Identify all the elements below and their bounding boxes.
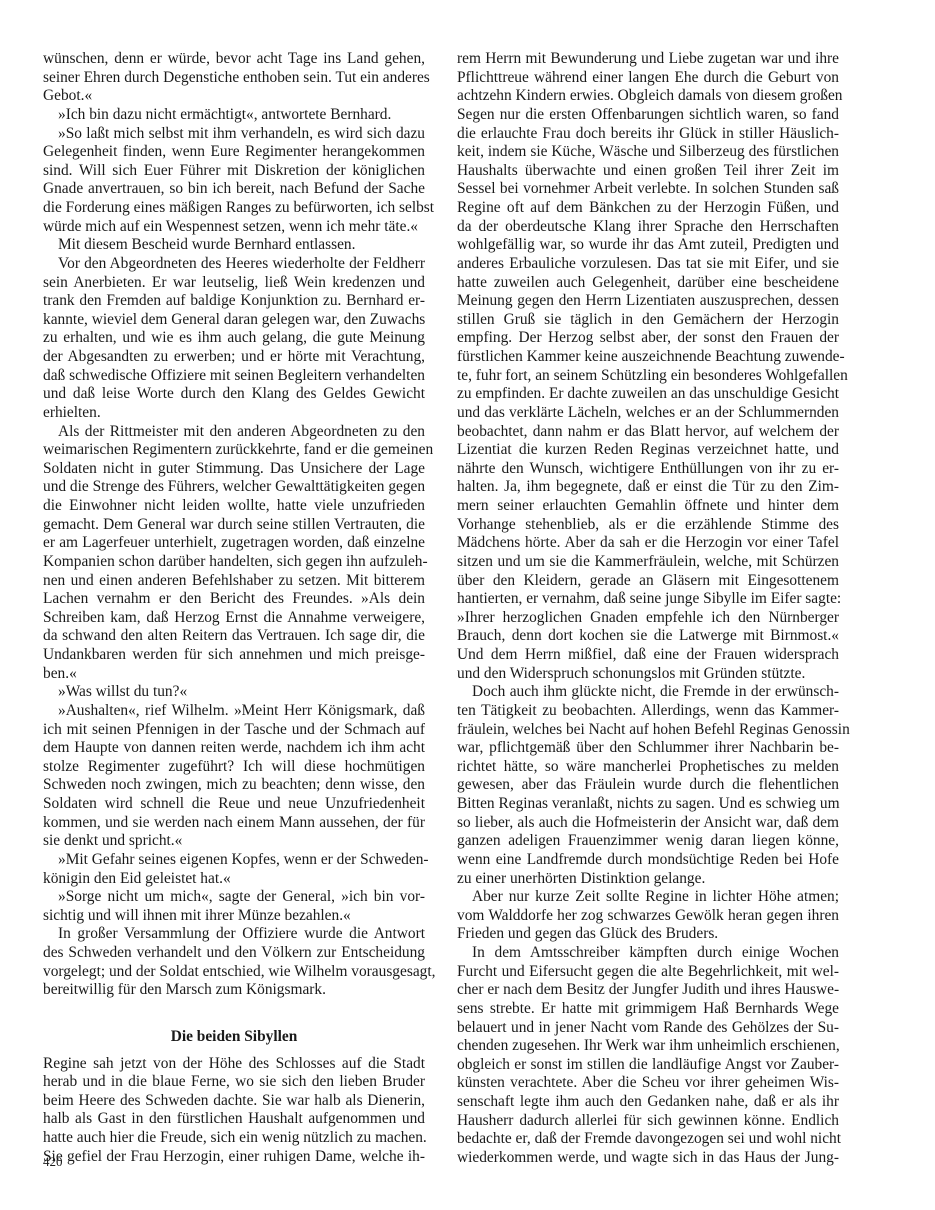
text-line: gemacht. Dem General war durch seine sti… xyxy=(43,516,425,535)
text-line: halb als Gast in den fürstlichen Haushal… xyxy=(43,1110,425,1129)
text-line: gewesen, aber das Fräulein wurde durch d… xyxy=(457,776,839,795)
right-column-body: rem Herrn mit Bewunderung und Liebe zuge… xyxy=(457,50,839,1168)
text-line: Gnade anvertrauen, so bin ich bereit, na… xyxy=(43,180,425,199)
text-line: wünschen, denn er würde, bevor acht Tage… xyxy=(43,50,425,69)
text-line: Lachen vernahm er den Bericht des Freund… xyxy=(43,590,425,609)
text-line: königin den Eid geleistet hat.« xyxy=(43,870,425,889)
text-line: sind. Will sich Euer Führer mit Diskreti… xyxy=(43,162,425,181)
text-line: bedachte er, daß der Fremde davongezogen… xyxy=(457,1130,839,1149)
text-line: Mit diesem Bescheid wurde Bernhard entla… xyxy=(43,236,425,255)
text-line: senschaft legte ihm auch den Gedanken na… xyxy=(457,1093,839,1112)
text-line: Sessel bei vornehmer Arbeit verlebte. In… xyxy=(457,180,839,199)
text-line: Aber nur kurze Zeit sollte Regine in lic… xyxy=(457,888,839,907)
text-line: dem Haupte von dannen reiten werde, nach… xyxy=(43,739,425,758)
text-line: obgleich er sonst im stillen die landläu… xyxy=(457,1056,839,1075)
text-line: ben.« xyxy=(43,665,425,684)
text-line: hatte auch hier die Freude, sich ein wen… xyxy=(43,1129,425,1148)
text-line: erhielten. xyxy=(43,404,425,423)
text-line: da der oberdeutsche Klang ihrer Sprache … xyxy=(457,218,839,237)
text-line: ganzen adeligen Frauenzimmer wenig daran… xyxy=(457,832,839,851)
text-line: beim Heere des Schweden dachte. Sie war … xyxy=(43,1092,425,1111)
text-line: achtzehn Kindern erwies. Obgleich damals… xyxy=(457,87,839,106)
text-line: zu erhalten, und wie es ihm auch gelang,… xyxy=(43,329,425,348)
text-line: zu einer unerhörten Distinktion gelange. xyxy=(457,870,839,889)
text-line: stillen Gruß sie täglich in den Gemächer… xyxy=(457,311,839,330)
text-line: Kompanien schon darüber handelten, sich … xyxy=(43,553,425,572)
text-line: kommen, und sie werden nach einem Mann a… xyxy=(43,814,425,833)
text-line: chenden zugesehen. Ihr Werk war ihm unhe… xyxy=(457,1037,839,1056)
text-line: sitzen und um sie die Kammerfräulein, we… xyxy=(457,553,839,572)
text-line: wiederkommen werde, und wagte sich in da… xyxy=(457,1149,839,1168)
text-line: herab und in die blaue Ferne, wo sie sic… xyxy=(43,1073,425,1092)
left-column-body-before-heading: wünschen, denn er würde, bevor acht Tage… xyxy=(43,50,425,1000)
text-line: cher er nach dem Besitz der Jungfer Judi… xyxy=(457,981,839,1000)
text-line: Gebot.« xyxy=(43,87,425,106)
text-line: »Ihrer herzoglichen Gnaden empfehle ich … xyxy=(457,609,839,628)
text-line: Schweden noch zwingen, mich zu beachten;… xyxy=(43,776,425,795)
right-column: rem Herrn mit Bewunderung und Liebe zuge… xyxy=(457,50,839,1168)
text-line: In dem Amtsschreiber kämpften durch eini… xyxy=(457,944,839,963)
text-line: fürstlichen Kammer keine auszeichnende B… xyxy=(457,348,839,367)
text-line: zu empfinden. Er dachte zuweilen an das … xyxy=(457,385,839,404)
text-line: Schreiben kam, daß Herzog Ernst die Anna… xyxy=(43,609,425,628)
text-line: stolze Regimenter zugeführt? Ich will di… xyxy=(43,758,425,777)
text-line: die Einwohner nicht leiden wollte, hatte… xyxy=(43,497,425,516)
text-line: Gelegenheit finden, wenn Eure Regimenter… xyxy=(43,143,425,162)
text-line: und die Strenge des Führers, welcher Gew… xyxy=(43,478,425,497)
text-line: »So laßt mich selbst mit ihm verhandeln,… xyxy=(43,125,425,144)
text-line: »Was willst du tun?« xyxy=(43,683,425,702)
text-line: »Sorge nicht um mich«, sagte der General… xyxy=(43,888,425,907)
text-line: über den Kleidern, gerade an Gläsern mit… xyxy=(457,572,839,591)
text-line: Mädchens hörte. Aber da sah er die Herzo… xyxy=(457,534,839,553)
text-line: wohlgefällig war, so wurde ihr das Amt z… xyxy=(457,236,839,255)
text-line: Bitten Reginas veranlaßt, nichts zu sage… xyxy=(457,795,839,814)
left-column: wünschen, denn er würde, bevor acht Tage… xyxy=(43,50,425,1166)
text-line: er am Lagerfeuer unterhielt, zugetragen … xyxy=(43,534,425,553)
text-line: Sie gefiel der Frau Herzogin, einer ruhi… xyxy=(43,1148,425,1167)
text-line: sens strebte. Er hatte mit grimmigem Haß… xyxy=(457,1000,839,1019)
text-line: Regine oft auf dem Bänkchen zu der Herzo… xyxy=(457,199,839,218)
text-line: würde mich auf ein Wespennest setzen, we… xyxy=(43,218,425,237)
text-line: Soldaten wird schnell die Reue und neue … xyxy=(43,795,425,814)
text-line: wenn eine Landfremde durch mondsüchtige … xyxy=(457,851,839,870)
text-line: vom Walddorfe her zog schwarzes Gewölk h… xyxy=(457,907,839,926)
text-line: und daß leise Worte durch den Klang des … xyxy=(43,385,425,404)
text-line: nährte den Wunsch, wichtigere Enthüllung… xyxy=(457,460,839,479)
text-line: sichtig und will ihnen mit ihrer Münze b… xyxy=(43,907,425,926)
text-line: Vorhange stehenblieb, als er die erzähle… xyxy=(457,516,839,535)
text-line: bereitwillig für den Marsch zum Königsma… xyxy=(43,981,425,1000)
text-line: weimarischen Regimentern zurückkehrte, f… xyxy=(43,441,425,460)
text-line: mern seiner erlauchten Gemahlin öffnete … xyxy=(457,497,839,516)
text-line: »Aushalten«, rief Wilhelm. »Meint Herr K… xyxy=(43,702,425,721)
text-line: Frieden und gegen das Glück des Bruders. xyxy=(457,925,839,944)
text-line: Regine sah jetzt von der Höhe des Schlos… xyxy=(43,1055,425,1074)
text-line: so lieber, als auch die Hofmeisterin der… xyxy=(457,814,839,833)
book-page: wünschen, denn er würde, bevor acht Tage… xyxy=(0,0,935,1210)
text-line: und den Widerspruch schonungslos mit Grü… xyxy=(457,665,839,684)
text-line: beobachtet, dann nahm er das Blatt hervo… xyxy=(457,423,839,442)
text-line: Vor den Abgeordneten des Heeres wiederho… xyxy=(43,255,425,274)
text-line: empfing. Der Herzog selbst aber, der son… xyxy=(457,329,839,348)
text-line: seiner Ehren durch Degenstiche enthoben … xyxy=(43,69,425,88)
text-line: ich mit seinen Pfennigen in der Tasche u… xyxy=(43,721,425,740)
text-line: des Schweden verhandelt und den Völkern … xyxy=(43,944,425,963)
text-line: und das verklärte Lächeln, welches er an… xyxy=(457,404,839,423)
text-line: Als der Rittmeister mit den anderen Abge… xyxy=(43,423,425,442)
text-line: die Forderung eines mäßigen Ranges zu be… xyxy=(43,199,425,218)
text-line: »Mit Gefahr seines eigenen Kopfes, wenn … xyxy=(43,851,425,870)
text-line: daß schwedische Offiziere mit seinen Beg… xyxy=(43,367,425,386)
section-heading: Die beiden Sibyllen xyxy=(43,1028,425,1047)
page-number: 420 xyxy=(43,1154,63,1170)
text-line: Brauch, denn dort kochen sie die Latwerg… xyxy=(457,627,839,646)
text-line: Haushalts überwachte und einen großen Te… xyxy=(457,162,839,181)
text-line: hatte zuweilen auch Gelegenheit, darüber… xyxy=(457,274,839,293)
text-line: Hausherr dadurch allerlei für sich gewin… xyxy=(457,1112,839,1131)
text-line: fräulein, welches bei Nacht auf hohen Be… xyxy=(457,721,839,740)
text-line: rem Herrn mit Bewunderung und Liebe zuge… xyxy=(457,50,839,69)
text-line: Doch auch ihm glückte nicht, die Fremde … xyxy=(457,683,839,702)
text-line: sie denkt und spricht.« xyxy=(43,832,425,851)
text-line: sein Anerbieten. Er war leutselig, ließ … xyxy=(43,274,425,293)
text-line: Meinung gegen den Herrn Lizentiaten ausz… xyxy=(457,292,839,311)
text-line: ten Tätigkeit zu beobachten. Allerdings,… xyxy=(457,702,839,721)
text-line: Soldaten nicht in guter Stimmung. Das Un… xyxy=(43,460,425,479)
text-line: »Ich bin dazu nicht ermächtigt«, antwort… xyxy=(43,106,425,125)
text-line: In großer Versammlung der Offiziere wurd… xyxy=(43,925,425,944)
text-line: belauert und in jener Nacht vom Rande de… xyxy=(457,1019,839,1038)
text-line: nen und einen anderen Befehlshaber zu se… xyxy=(43,572,425,591)
text-line: künsten verachtete. Aber die Scheu vor i… xyxy=(457,1074,839,1093)
text-line: te, fuhr fort, an seinem Schützling ein … xyxy=(457,367,839,386)
text-line: der Abgesandten zu erwerben; und er hört… xyxy=(43,348,425,367)
text-line: Pflichttreue während einer langen Ehe du… xyxy=(457,69,839,88)
text-line: kannte, wieviel dem General daran gelege… xyxy=(43,311,425,330)
text-line: hantierten, er vernahm, daß seine junge … xyxy=(457,590,839,609)
text-line: Undankbaren werden für sich annehmen und… xyxy=(43,646,425,665)
text-line: Und dem Herrn mißfiel, daß eine der Frau… xyxy=(457,646,839,665)
left-column-body-after-heading: Regine sah jetzt von der Höhe des Schlos… xyxy=(43,1055,425,1167)
text-line: vorgelegt; und der Soldat entschied, wie… xyxy=(43,963,425,982)
text-line: keit, indem sie Küche, Wäsche und Silber… xyxy=(457,143,839,162)
text-line: trank den Fremden auf baldige Konjunktio… xyxy=(43,292,425,311)
text-line: Lizentiat die kurzen Reden Reginas verze… xyxy=(457,441,839,460)
text-line: Furcht und Eifersucht gegen die alte Beg… xyxy=(457,963,839,982)
text-line: halten. Ja, ihm begegnete, daß er einst … xyxy=(457,478,839,497)
text-line: war, pflichtgemäß über den Schlummer ihr… xyxy=(457,739,839,758)
text-line: anderes Erbauliche vorzulesen. Das tat s… xyxy=(457,255,839,274)
text-line: die erlauchte Frau doch bereits ihr Glüc… xyxy=(457,125,839,144)
text-line: Segen nur die ersten Offenbarungen sicht… xyxy=(457,106,839,125)
text-line: da schwand den alten Reitern das Vertrau… xyxy=(43,627,425,646)
text-line: richtet hätte, so wäre mancherlei Prophe… xyxy=(457,758,839,777)
